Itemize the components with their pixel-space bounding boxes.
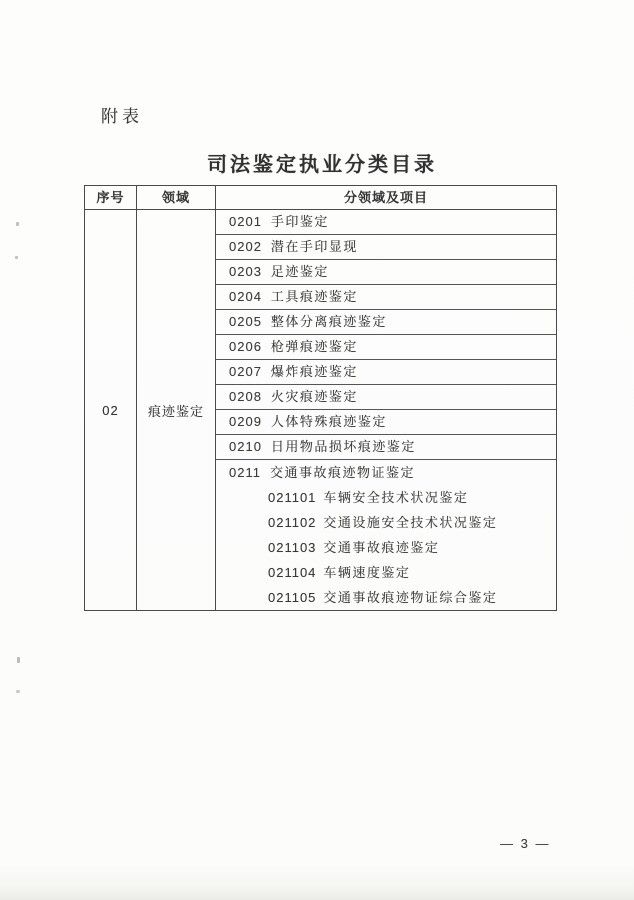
item-code: 0208	[229, 389, 262, 404]
item-name: 交通事故痕迹物证鉴定	[270, 465, 415, 480]
scanned-document-page: 附表 司法鉴定执业分类目录 序号 领域 分领域及项目 02 痕迹鉴定 0201手…	[0, 0, 634, 900]
item-name: 枪弹痕迹鉴定	[271, 339, 358, 354]
item-row: 0208火灾痕迹鉴定	[216, 385, 556, 410]
item-row: 0209人体特殊痕迹鉴定	[216, 410, 556, 435]
sub-item-row: 021101车辆安全技术状况鉴定	[216, 485, 556, 510]
item-name: 整体分离痕迹鉴定	[271, 314, 387, 329]
sub-item-row: 021102交通设施安全技术状况鉴定	[216, 510, 556, 535]
table-body-row: 02 痕迹鉴定 0201手印鉴定0202潜在手印显现0203足迹鉴定0204工具…	[85, 210, 556, 610]
sub-item-row: 021103交通事故痕迹鉴定	[216, 535, 556, 560]
item-name: 日用物品损坏痕迹鉴定	[271, 439, 416, 454]
item-row: 0204工具痕迹鉴定	[216, 285, 556, 310]
item-row: 0205整体分离痕迹鉴定	[216, 310, 556, 335]
header-serial: 序号	[85, 186, 137, 209]
sub-item-name: 车辆速度鉴定	[323, 565, 410, 580]
item-code: 0210	[229, 439, 262, 454]
page-number: — 3 —	[500, 836, 550, 851]
sub-item-code: 021103	[268, 540, 316, 555]
item-code: 0209	[229, 414, 262, 429]
sub-item-code: 021101	[268, 490, 316, 505]
item-code: 0207	[229, 364, 262, 379]
scan-speck	[15, 256, 18, 259]
annex-label: 附表	[101, 102, 143, 127]
item-name: 潜在手印显现	[271, 239, 358, 254]
item-code: 0202	[229, 239, 262, 254]
sub-item-name: 交通事故痕迹鉴定	[323, 540, 439, 555]
serial-cell: 02	[85, 210, 137, 610]
sub-item-row: 021105交通事故痕迹物证综合鉴定	[216, 585, 556, 610]
item-code: 0211	[229, 465, 261, 480]
item-code: 0206	[229, 339, 262, 354]
item-code: 0204	[229, 289, 262, 304]
classification-table: 序号 领域 分领域及项目 02 痕迹鉴定 0201手印鉴定0202潜在手印显现0…	[84, 185, 557, 611]
item-code: 0205	[229, 314, 262, 329]
sub-item-code: 021102	[268, 515, 316, 530]
item-row: 0202潜在手印显现	[216, 235, 556, 260]
sub-item-code: 021104	[268, 565, 316, 580]
sub-item-code: 021105	[268, 590, 316, 605]
page-title: 司法鉴定执业分类目录	[0, 148, 634, 177]
sub-item-name: 交通事故痕迹物证综合鉴定	[323, 590, 497, 605]
scan-speck	[16, 690, 20, 693]
sub-item-row: 021104车辆速度鉴定	[216, 560, 556, 585]
items-column: 0201手印鉴定0202潜在手印显现0203足迹鉴定0204工具痕迹鉴定0205…	[216, 210, 556, 610]
item-name: 火灾痕迹鉴定	[271, 389, 358, 404]
item-code: 0203	[229, 264, 262, 279]
item-row: 0201手印鉴定	[216, 210, 556, 235]
item-row: 0206枪弹痕迹鉴定	[216, 335, 556, 360]
field-cell: 痕迹鉴定	[137, 210, 216, 610]
header-subfield: 分领域及项目	[216, 186, 556, 209]
item-name: 手印鉴定	[271, 214, 329, 229]
item-name: 人体特殊痕迹鉴定	[271, 414, 387, 429]
header-field: 领域	[137, 186, 216, 209]
item-row: 0207爆炸痕迹鉴定	[216, 360, 556, 385]
item-name: 爆炸痕迹鉴定	[271, 364, 358, 379]
sub-item-name: 交通设施安全技术状况鉴定	[323, 515, 497, 530]
item-row: 0211交通事故痕迹物证鉴定	[216, 460, 556, 485]
scan-speck	[17, 657, 20, 663]
item-row: 0203足迹鉴定	[216, 260, 556, 285]
scan-speck	[16, 222, 19, 226]
sub-item-name: 车辆安全技术状况鉴定	[323, 490, 468, 505]
table-header-row: 序号 领域 分领域及项目	[85, 186, 556, 210]
item-name: 足迹鉴定	[271, 264, 329, 279]
item-code: 0201	[229, 214, 262, 229]
item-name: 工具痕迹鉴定	[271, 289, 358, 304]
item-row: 0210日用物品损坏痕迹鉴定	[216, 435, 556, 460]
